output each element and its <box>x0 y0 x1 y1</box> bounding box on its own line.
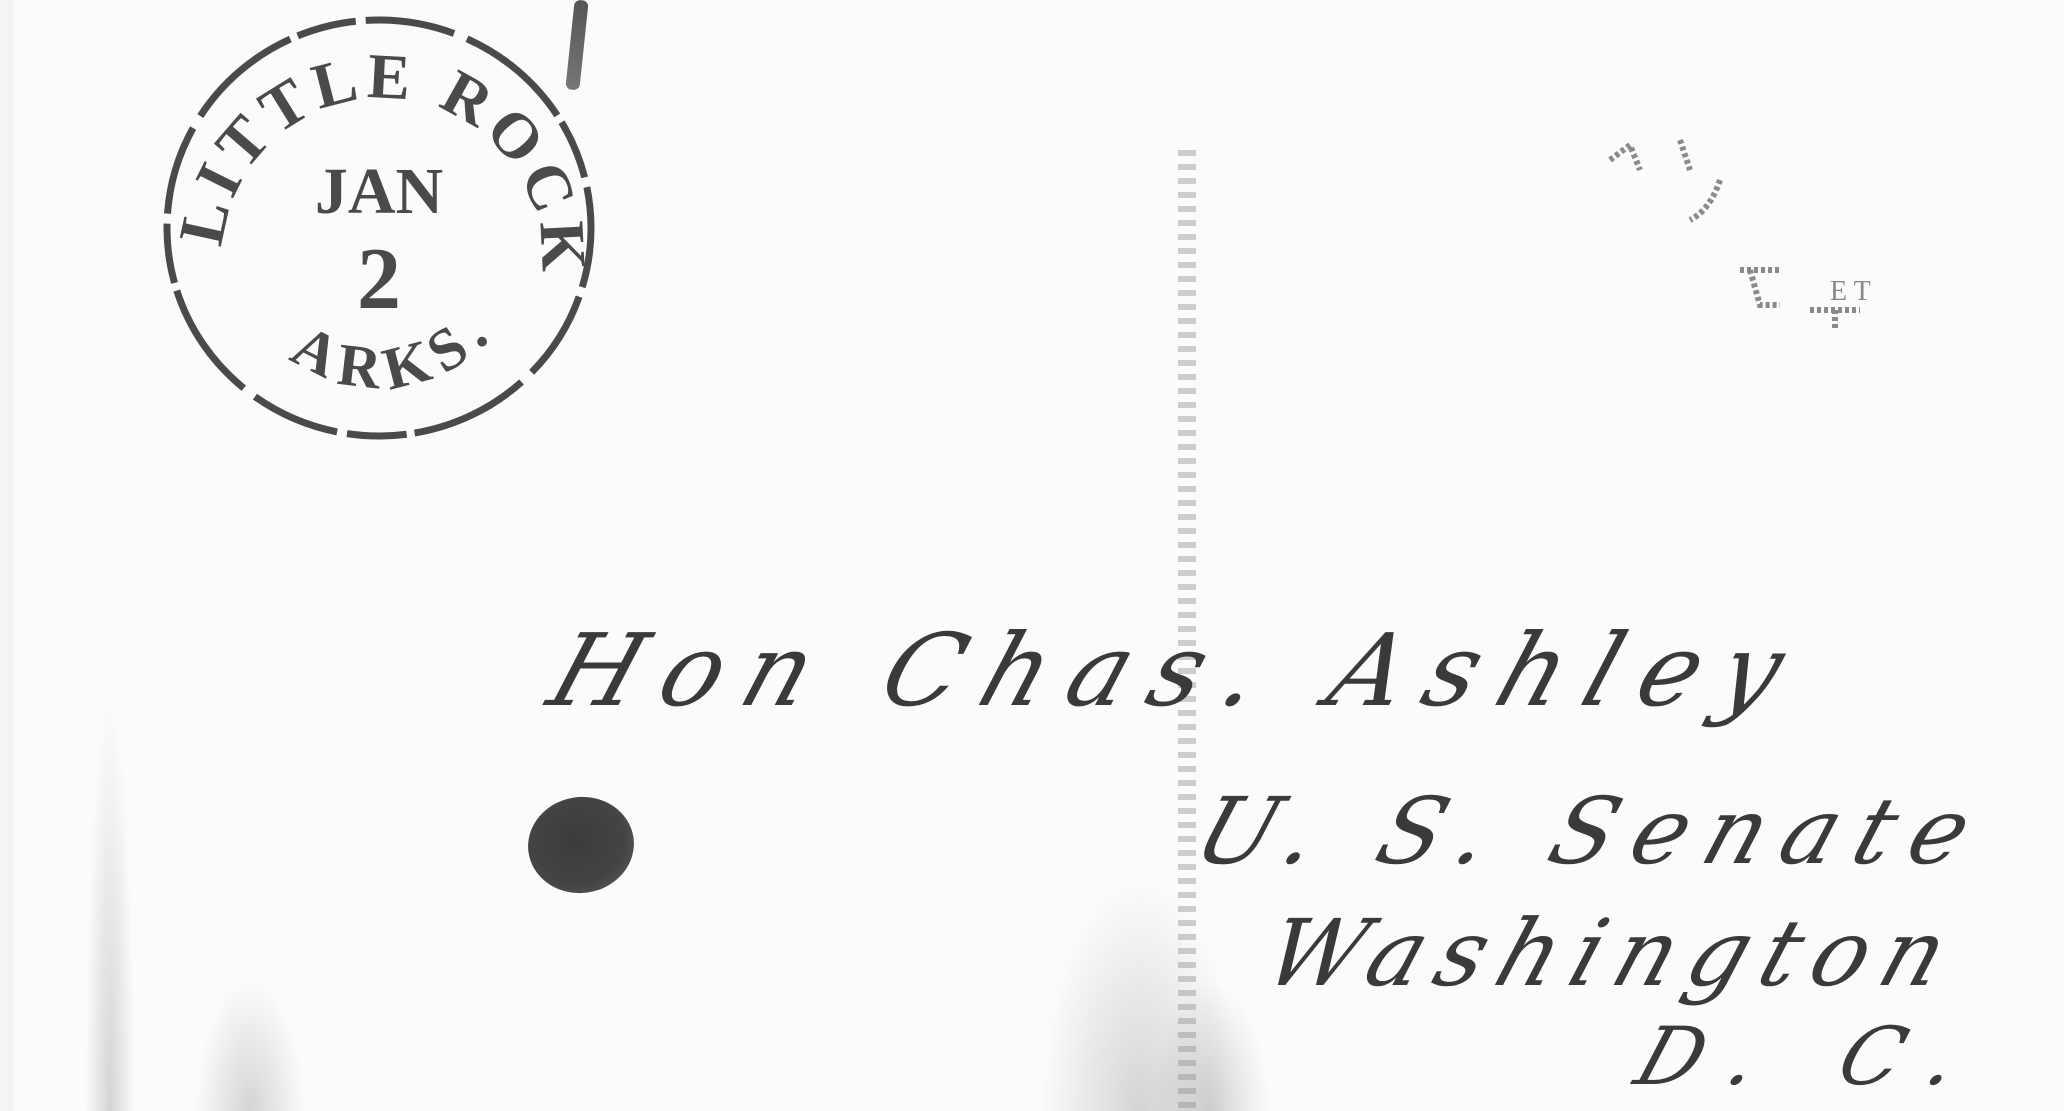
address-line-city: Washington <box>1253 900 1975 1007</box>
smudge <box>195 980 305 1111</box>
envelope-scan: LITTLE ROCK ARKS. JAN 2 E T Hon Chas. As… <box>0 0 2064 1111</box>
postmark-month: JAN <box>315 155 443 228</box>
paper-edge <box>0 0 14 1111</box>
address-line-institution: U. S. Senate <box>1183 778 2003 885</box>
postmark-day: 2 <box>357 231 401 328</box>
smudge <box>1150 980 1270 1111</box>
faint-stamp-fragment: E T <box>1830 276 1871 307</box>
postmark-circular: LITTLE ROCK ARKS. JAN 2 <box>152 8 606 448</box>
address-line-recipient: Hon Chas. Ashley <box>536 612 1821 729</box>
faint-stamp: E T <box>1600 100 1900 330</box>
postmark-icon: LITTLE ROCK ARKS. JAN 2 <box>152 8 606 448</box>
address-line-district: D. C. <box>1625 1010 2001 1103</box>
smudge <box>85 700 135 1111</box>
ink-blot <box>522 790 640 900</box>
